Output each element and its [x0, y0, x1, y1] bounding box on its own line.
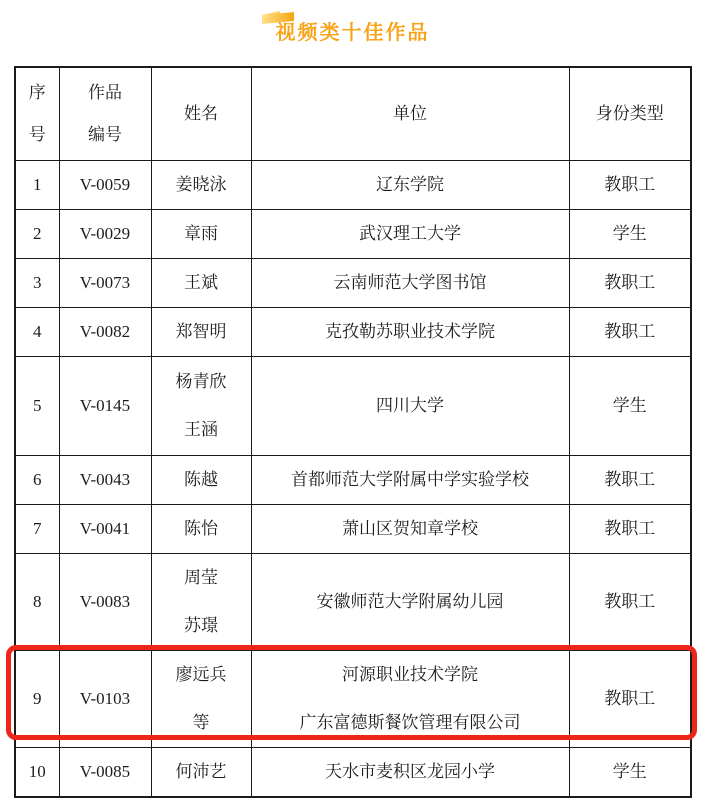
table-row-highlighted: 9V-0103廖远兵等河源职业技术学院广东富德斯餐饮管理有限公司教职工: [15, 650, 691, 747]
column-header-label: 单位: [252, 93, 569, 135]
section-title-inner: 视频类十佳作品: [276, 22, 430, 44]
cell-serial-text: 8: [16, 578, 59, 626]
cell-work-code: V-0041: [59, 504, 151, 553]
cell-identity-type: 教职工: [569, 455, 691, 504]
cell-organization-text: 克孜勒苏职业技术学院: [252, 308, 569, 356]
cell-serial: 2: [15, 209, 59, 258]
column-header-label: 身份类型: [570, 93, 691, 135]
cell-identity-type: 教职工: [569, 504, 691, 553]
cell-work-code-text: V-0043: [60, 456, 151, 504]
cell-work-code: V-0103: [59, 650, 151, 747]
cell-organization: 辽东学院: [251, 160, 569, 209]
table-row: 6V-0043陈越首都师范大学附属中学实验学校教职工: [15, 455, 691, 504]
cell-name: 杨青欣王涵: [151, 356, 251, 455]
cell-serial-text: 4: [16, 308, 59, 356]
cell-name-text: 廖远兵: [152, 651, 251, 699]
cell-serial-text: 7: [16, 505, 59, 553]
cell-identity-type-text: 教职工: [570, 259, 691, 307]
column-header-label: 序: [16, 72, 59, 114]
cell-name-text: 杨青欣: [152, 358, 251, 406]
cell-name-text: 陈越: [152, 456, 251, 504]
cell-identity-type-text: 教职工: [570, 456, 691, 504]
cell-organization: 安徽师范大学附属幼儿园: [251, 553, 569, 650]
cell-work-code: V-0029: [59, 209, 151, 258]
cell-identity-type-text: 教职工: [570, 675, 691, 723]
cell-serial: 10: [15, 747, 59, 797]
cell-identity-type-text: 教职工: [570, 308, 691, 356]
cell-identity-type: 教职工: [569, 307, 691, 356]
cell-organization-text: 四川大学: [252, 382, 569, 430]
cell-identity-type: 教职工: [569, 650, 691, 747]
column-header-no: 序号: [15, 67, 59, 160]
table-row: 5V-0145杨青欣王涵四川大学学生: [15, 356, 691, 455]
cell-name: 陈怡: [151, 504, 251, 553]
cell-organization: 天水市麦积区龙园小学: [251, 747, 569, 797]
table-row: 8V-0083周莹苏璟安徽师范大学附属幼儿园教职工: [15, 553, 691, 650]
column-header-label: 号: [16, 114, 59, 156]
cell-organization-text: 辽东学院: [252, 161, 569, 209]
cell-work-code-text: V-0085: [60, 748, 151, 796]
cell-serial-text: 3: [16, 259, 59, 307]
cell-serial: 9: [15, 650, 59, 747]
cell-identity-type: 学生: [569, 356, 691, 455]
cell-organization-text: 萧山区贺知章学校: [252, 505, 569, 553]
cell-work-code-text: V-0041: [60, 505, 151, 553]
cell-serial: 7: [15, 504, 59, 553]
cell-work-code: V-0083: [59, 553, 151, 650]
cell-name-text: 郑智明: [152, 308, 251, 356]
cell-name-text: 周莹: [152, 554, 251, 602]
cell-name-text: 陈怡: [152, 505, 251, 553]
cell-identity-type-text: 学生: [570, 210, 691, 258]
cell-work-code-text: V-0083: [60, 578, 151, 626]
cell-serial-text: 6: [16, 456, 59, 504]
header-row: 序号作品编号姓名单位身份类型: [15, 67, 691, 160]
cell-name: 王斌: [151, 258, 251, 307]
cell-name: 陈越: [151, 455, 251, 504]
column-header-label: 姓名: [152, 93, 251, 135]
cell-serial: 3: [15, 258, 59, 307]
column-header-org: 单位: [251, 67, 569, 160]
cell-name-text: 何沛艺: [152, 748, 251, 796]
cell-name-text: 苏璟: [152, 602, 251, 650]
cell-serial-text: 2: [16, 210, 59, 258]
cell-work-code-text: V-0145: [60, 382, 151, 430]
cell-work-code-text: V-0073: [60, 259, 151, 307]
cell-organization: 克孜勒苏职业技术学院: [251, 307, 569, 356]
cell-work-code-text: V-0103: [60, 675, 151, 723]
cell-identity-type: 教职工: [569, 160, 691, 209]
cell-serial: 1: [15, 160, 59, 209]
cell-work-code: V-0082: [59, 307, 151, 356]
table-row: 3V-0073王斌云南师范大学图书馆教职工: [15, 258, 691, 307]
cell-identity-type-text: 学生: [570, 748, 691, 796]
cell-identity-type: 教职工: [569, 553, 691, 650]
cell-name: 周莹苏璟: [151, 553, 251, 650]
cell-identity-type-text: 教职工: [570, 505, 691, 553]
page: 视频类十佳作品 序号作品编号姓名单位身份类型 1V-0059姜晓泳辽东学院教职工…: [0, 0, 705, 805]
column-header-type: 身份类型: [569, 67, 691, 160]
cell-work-code: V-0059: [59, 160, 151, 209]
cell-organization-text: 安徽师范大学附属幼儿园: [252, 578, 569, 626]
cell-name: 章雨: [151, 209, 251, 258]
cell-work-code-text: V-0029: [60, 210, 151, 258]
cell-name-text: 王涵: [152, 406, 251, 454]
cell-organization-text: 天水市麦积区龙园小学: [252, 748, 569, 796]
cell-serial-text: 5: [16, 382, 59, 430]
cell-work-code: V-0043: [59, 455, 151, 504]
cell-work-code: V-0085: [59, 747, 151, 797]
cell-name-text: 姜晓泳: [152, 161, 251, 209]
cell-work-code-text: V-0059: [60, 161, 151, 209]
column-header-name: 姓名: [151, 67, 251, 160]
table-row: 2V-0029章雨武汉理工大学学生: [15, 209, 691, 258]
cell-identity-type: 学生: [569, 209, 691, 258]
cell-name: 廖远兵等: [151, 650, 251, 747]
cell-serial-text: 9: [16, 675, 59, 723]
cell-serial: 4: [15, 307, 59, 356]
table-row: 1V-0059姜晓泳辽东学院教职工: [15, 160, 691, 209]
cell-name-text: 王斌: [152, 259, 251, 307]
section-title: 视频类十佳作品: [0, 22, 705, 44]
column-header-label: 作品: [60, 72, 151, 114]
cell-identity-type: 学生: [569, 747, 691, 797]
cell-serial: 8: [15, 553, 59, 650]
cell-organization: 武汉理工大学: [251, 209, 569, 258]
awards-table: 序号作品编号姓名单位身份类型 1V-0059姜晓泳辽东学院教职工2V-0029章…: [14, 66, 692, 798]
table-row: 7V-0041陈怡萧山区贺知章学校教职工: [15, 504, 691, 553]
column-header-label: 编号: [60, 114, 151, 156]
cell-organization-text: 武汉理工大学: [252, 210, 569, 258]
cell-name-text: 章雨: [152, 210, 251, 258]
table-row: 10V-0085何沛艺天水市麦积区龙园小学学生: [15, 747, 691, 797]
cell-work-code: V-0145: [59, 356, 151, 455]
column-header-code: 作品编号: [59, 67, 151, 160]
cell-work-code-text: V-0082: [60, 308, 151, 356]
cell-identity-type-text: 教职工: [570, 161, 691, 209]
cell-name: 何沛艺: [151, 747, 251, 797]
cell-identity-type: 教职工: [569, 258, 691, 307]
cell-organization-text: 河源职业技术学院: [252, 651, 569, 699]
cell-identity-type-text: 学生: [570, 382, 691, 430]
cell-organization-text: 广东富德斯餐饮管理有限公司: [252, 699, 569, 747]
cell-organization-text: 云南师范大学图书馆: [252, 259, 569, 307]
cell-serial-text: 1: [16, 161, 59, 209]
cell-serial-text: 10: [16, 748, 59, 796]
table-row: 4V-0082郑智明克孜勒苏职业技术学院教职工: [15, 307, 691, 356]
cell-organization: 萧山区贺知章学校: [251, 504, 569, 553]
cell-organization: 四川大学: [251, 356, 569, 455]
cell-work-code: V-0073: [59, 258, 151, 307]
cell-identity-type-text: 教职工: [570, 578, 691, 626]
cell-name: 姜晓泳: [151, 160, 251, 209]
cell-name: 郑智明: [151, 307, 251, 356]
cell-organization-text: 首都师范大学附属中学实验学校: [252, 456, 569, 504]
cell-organization: 首都师范大学附属中学实验学校: [251, 455, 569, 504]
section-title-text: 视频类十佳作品: [276, 22, 430, 44]
cell-serial: 5: [15, 356, 59, 455]
cell-serial: 6: [15, 455, 59, 504]
cell-name-text: 等: [152, 699, 251, 747]
cell-organization: 云南师范大学图书馆: [251, 258, 569, 307]
cell-organization: 河源职业技术学院广东富德斯餐饮管理有限公司: [251, 650, 569, 747]
